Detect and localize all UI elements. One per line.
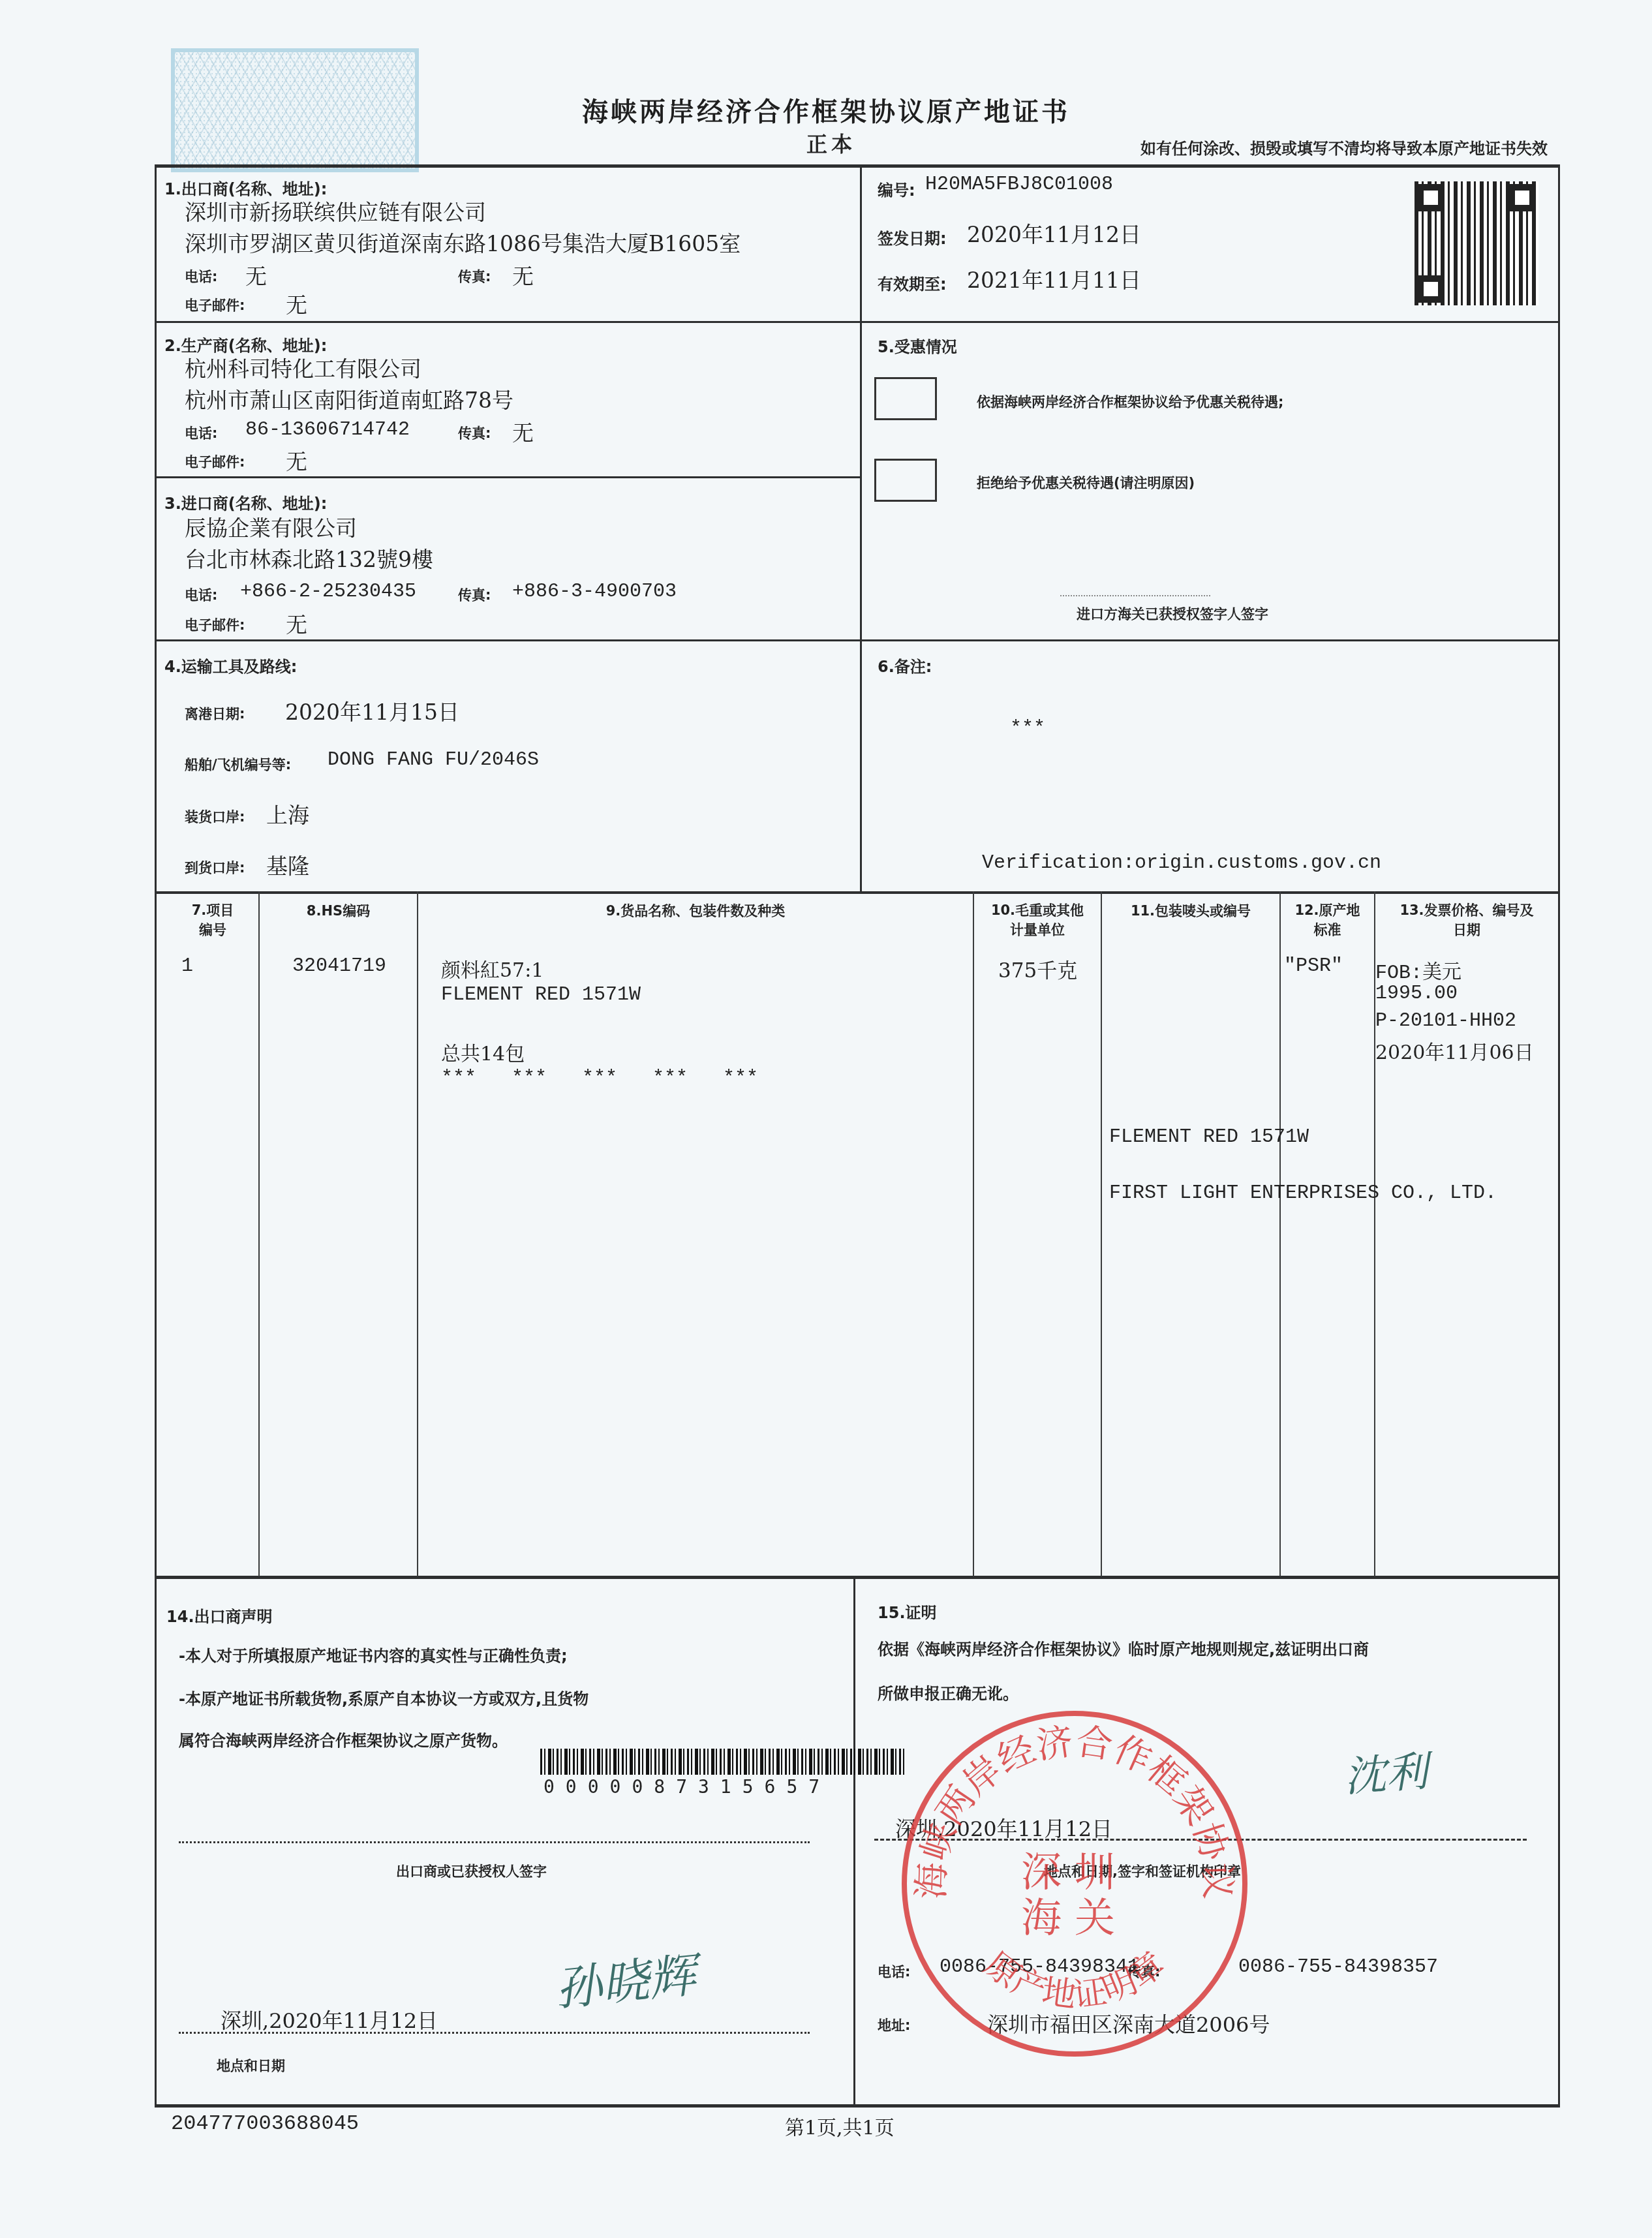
invoice-terms: FOB:美元 bbox=[1375, 955, 1461, 985]
exporter-address: 深圳市罗湖区黄贝街道深南东路1086号集浩大厦B1605室 bbox=[185, 227, 741, 258]
exporter-phone: 无 bbox=[245, 260, 267, 290]
bottom-column-divider bbox=[853, 1576, 855, 2106]
certification-address-label: 地址: bbox=[878, 2015, 910, 2034]
importer-email-label: 电子邮件: bbox=[185, 615, 245, 634]
importer-customs-signature-line bbox=[1060, 595, 1210, 596]
exporter-place-date: 深圳,2020年11月12日 bbox=[221, 2004, 438, 2034]
preference-label: 5.受惠情况 bbox=[878, 334, 957, 357]
divider-goods bbox=[155, 1576, 1560, 1579]
col-line-4 bbox=[1101, 891, 1102, 1576]
page-indicator: 第1页,共1页 bbox=[785, 2111, 895, 2140]
producer-name: 杭州科司特化工有限公司 bbox=[185, 352, 421, 383]
arrival-port: 基隆 bbox=[266, 850, 309, 880]
header-weight: 10.毛重或其他 计量单位 bbox=[974, 900, 1101, 940]
divider-box3 bbox=[155, 639, 1560, 641]
producer-phone-label: 电话: bbox=[185, 423, 217, 442]
refuse-preference-checkbox[interactable] bbox=[874, 459, 937, 502]
exporter-name: 深圳市新扬联缤供应链有限公司 bbox=[185, 196, 486, 226]
importer-address: 台北市林森北路132號9樓 bbox=[185, 543, 433, 574]
frame-bottom bbox=[155, 2104, 1560, 2108]
producer-email: 无 bbox=[286, 445, 307, 476]
col-line-3 bbox=[973, 891, 974, 1576]
loading-port-label: 装货口岸: bbox=[185, 806, 245, 826]
svg-text:原产地证明章: 原产地证明章 bbox=[977, 1944, 1172, 2016]
frame-right bbox=[1558, 164, 1560, 2106]
certifier-signature: 沈利 bbox=[1342, 1738, 1430, 1804]
shipping-marks-line2: FIRST LIGHT ENTERPRISES CO., LTD. bbox=[1109, 1182, 1497, 1204]
header-origin-criterion: 12.原产地 标准 bbox=[1281, 900, 1374, 940]
declaration-label: 14.出口商声明 bbox=[166, 1604, 273, 1627]
importer-customs-signature-caption: 进口方海关已获授权签字人签字 bbox=[1077, 604, 1268, 623]
header-item-no: 7.项目 编号 bbox=[167, 900, 258, 940]
exporter-email: 无 bbox=[286, 288, 307, 319]
loading-port: 上海 bbox=[266, 799, 309, 829]
vessel-label: 船舶/飞机编号等: bbox=[185, 754, 291, 774]
producer-fax-label: 传真: bbox=[458, 423, 491, 442]
importer-fax-label: 传真: bbox=[458, 585, 491, 604]
importer-label: 3.进口商(名称、地址): bbox=[164, 491, 327, 514]
issue-date: 2020年11月12日 bbox=[967, 218, 1141, 249]
importer-phone: +866-2-25230435 bbox=[240, 581, 416, 603]
header-item-no-line2: 编号 bbox=[167, 920, 258, 940]
importer-name: 辰協企業有限公司 bbox=[185, 512, 357, 542]
exporter-signature-line bbox=[179, 1841, 810, 1843]
document-serial: 204777003688045 bbox=[171, 2111, 359, 2136]
top-column-divider bbox=[860, 164, 862, 892]
validity-warning: 如有任何涂改、损毁或填写不清均将导致本原产地证书失效 bbox=[1140, 136, 1548, 159]
exporter-phone-label: 电话: bbox=[185, 266, 217, 286]
importer-email: 无 bbox=[286, 608, 307, 639]
verification-url[interactable]: Verification:origin.customs.gov.cn bbox=[982, 852, 1381, 874]
remarks-label: 6.备注: bbox=[878, 654, 932, 677]
customs-stamp: 海峡两岸经济合作框架协议 原产地证明章 深圳 海关 bbox=[902, 1711, 1247, 2057]
invoice-amount: 1995.00 bbox=[1375, 983, 1458, 1005]
declaration-line3: 属符合海峡两岸经济合作框架协议之原产货物。 bbox=[179, 1728, 508, 1751]
description-line1: 颜料紅57:1 bbox=[441, 954, 543, 983]
header-description: 9.货品名称、包装件数及种类 bbox=[418, 900, 973, 920]
certification-phone-label: 电话: bbox=[878, 1961, 910, 1981]
importer-fax: +886-3-4900703 bbox=[512, 581, 677, 603]
frame-top bbox=[155, 164, 1560, 168]
header-origin-line1: 12.原产地 bbox=[1281, 900, 1374, 920]
header-marks: 11.包装唛头或编号 bbox=[1102, 900, 1279, 920]
frame-left bbox=[155, 164, 157, 2106]
col-line-2 bbox=[417, 891, 418, 1576]
grant-preference-text: 依据海峡两岸经济合作框架协议给予优惠关税待遇; bbox=[917, 391, 1223, 411]
departure-date: 2020年11月15日 bbox=[285, 696, 459, 726]
exporter-fax-label: 传真: bbox=[458, 266, 491, 286]
col-line-1 bbox=[258, 891, 260, 1576]
certification-line1: 依据《海峡两岸经济合作框架协议》临时原产地规则规定,兹证明出口商 bbox=[878, 1636, 1369, 1659]
description-line4: *** *** *** *** *** bbox=[441, 1067, 758, 1090]
header-weight-line1: 10.毛重或其他 bbox=[974, 900, 1101, 920]
exporter-signature: 孙晓辉 bbox=[551, 1937, 699, 2019]
col-line-5 bbox=[1279, 891, 1281, 1576]
transport-label: 4.运输工具及路线: bbox=[164, 654, 297, 677]
issue-date-label: 签发日期: bbox=[878, 226, 947, 249]
valid-until: 2021年11月11日 bbox=[967, 264, 1141, 294]
description-line3: 总共14包 bbox=[441, 1037, 525, 1066]
certification-label: 15.证明 bbox=[878, 1600, 937, 1623]
header-item-no-line1: 7.项目 bbox=[167, 900, 258, 920]
header-invoice: 13.发票价格、编号及 日期 bbox=[1375, 900, 1558, 940]
producer-address: 杭州市萧山区南阳街道南虹路78号 bbox=[185, 384, 513, 414]
hs-code: 32041719 bbox=[292, 955, 386, 977]
divider-box2 bbox=[155, 476, 861, 478]
exporter-place-date-caption: 地点和日期 bbox=[217, 2055, 285, 2075]
valid-until-label: 有效期至: bbox=[878, 271, 947, 294]
origin-criterion: "PSR" bbox=[1284, 955, 1343, 977]
barcode-number: 0000087315657 bbox=[543, 1776, 831, 1798]
header-origin-line2: 标准 bbox=[1281, 920, 1374, 940]
refuse-preference-label: 拒绝给予优惠关税待遇(请注明原因) bbox=[977, 472, 1195, 492]
grant-preference-label: 依据海峡两岸经济合作框架协议给予优惠关税待遇; bbox=[977, 394, 1283, 410]
item-no: 1 bbox=[181, 955, 193, 977]
importer-phone-label: 电话: bbox=[185, 585, 217, 604]
remarks-value: *** bbox=[1010, 718, 1045, 740]
header-invoice-line1: 13.发票价格、编号及 bbox=[1375, 900, 1558, 920]
arrival-port-label: 到货口岸: bbox=[185, 857, 245, 877]
vessel-number: DONG FANG FU/2046S bbox=[328, 749, 539, 771]
departure-date-label: 离港日期: bbox=[185, 703, 245, 723]
producer-fax: 无 bbox=[512, 416, 534, 447]
cert-number-label: 编号: bbox=[878, 177, 915, 200]
header-invoice-line2: 日期 bbox=[1375, 920, 1558, 940]
exporter-email-label: 电子邮件: bbox=[185, 295, 245, 314]
stamp-center-line2: 海关 bbox=[907, 1886, 1242, 1944]
divider-box1 bbox=[155, 321, 1560, 323]
exporter-place-date-line bbox=[179, 2032, 810, 2034]
producer-phone: 86-13606714742 bbox=[245, 419, 410, 441]
exporter-signature-caption: 出口商或已获授权人签字 bbox=[396, 1861, 547, 1880]
barcode-icon bbox=[540, 1749, 906, 1775]
exporter-fax: 无 bbox=[512, 260, 534, 290]
invoice-date: 2020年11月06日 bbox=[1375, 1036, 1534, 1065]
header-weight-line2: 计量单位 bbox=[974, 920, 1101, 940]
producer-email-label: 电子邮件: bbox=[185, 452, 245, 471]
cert-number: H20MA5FBJ8C01008 bbox=[925, 174, 1113, 196]
divider-box4 bbox=[155, 891, 1560, 894]
declaration-line2: -本原产地证书所载货物,系原产自本协议一方或双方,且货物 bbox=[179, 1686, 589, 1709]
description-line2: FLEMENT RED 1571W bbox=[441, 984, 641, 1006]
certificate-subtitle: 正本 bbox=[806, 128, 856, 158]
qr-code-icon bbox=[1415, 181, 1538, 305]
shipping-marks-line1: FLEMENT RED 1571W bbox=[1109, 1126, 1309, 1148]
header-hs-code: 8.HS编码 bbox=[260, 900, 417, 920]
certification-line2: 所做申报正确无讹。 bbox=[878, 1681, 1018, 1704]
invoice-number: P-20101-HH02 bbox=[1375, 1010, 1516, 1032]
declaration-line1: -本人对于所填报原产地证书内容的真实性与正确性负责; bbox=[179, 1643, 568, 1666]
certification-fax: 0086-755-84398357 bbox=[1238, 1956, 1438, 1978]
gross-weight: 375千克 bbox=[998, 954, 1077, 983]
certificate-title: 海峡两岸经济合作框架协议原产地证书 bbox=[0, 91, 1652, 129]
